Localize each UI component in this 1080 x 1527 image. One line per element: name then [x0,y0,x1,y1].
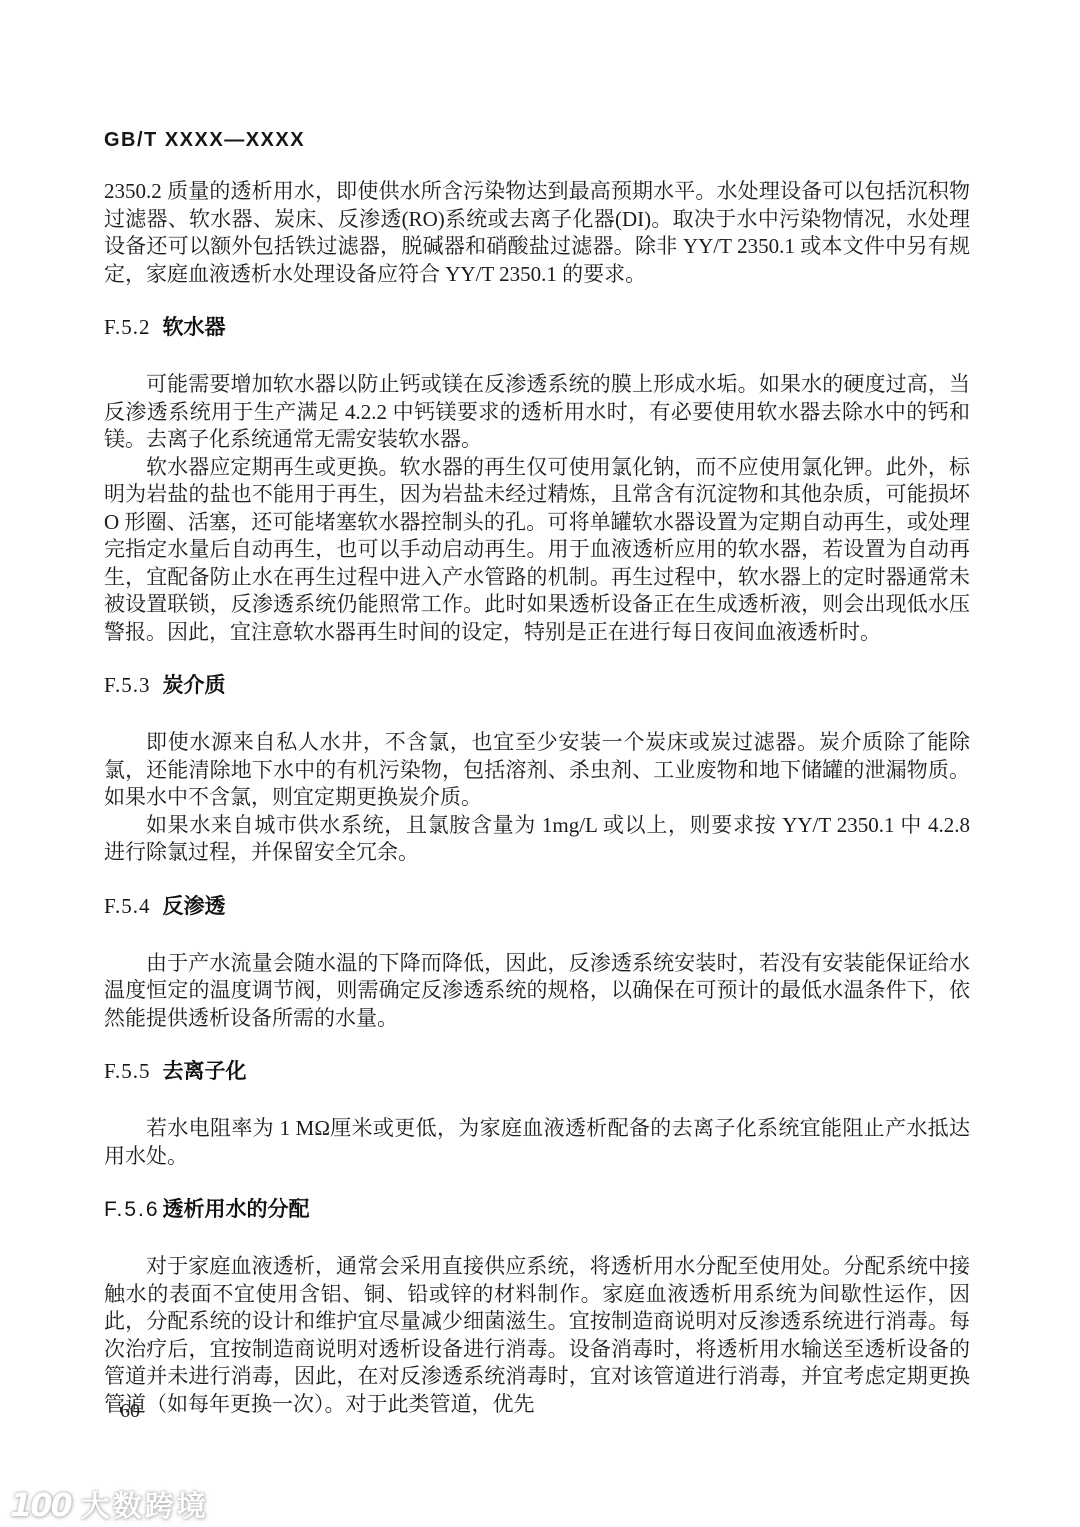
section-title: 软水器 [163,316,226,339]
section-title: 透析用水的分配 [163,1198,310,1221]
doc-code-header: GB/T XXXX—XXXX [104,128,970,152]
section-number: F.5.5 [104,1059,151,1083]
section-number: F.5.4 [104,894,151,918]
watermark: 100 大数跨境 [10,1484,209,1525]
document-page: GB/T XXXX—XXXX 2350.2 质量的透析用水，即使供水所含污染物达… [0,0,1080,1527]
body-paragraph: 即使水源来自私人水井，不含氯，也宜至少安装一个炭床或炭过滤器。炭介质除了能除氯，… [104,729,970,812]
section-number: F.5.6 [104,1198,160,1221]
section-title: 炭介质 [163,674,226,697]
watermark-100-logo-icon: 100 [10,1486,71,1524]
page-content: GB/T XXXX—XXXX 2350.2 质量的透析用水，即使供水所含污染物达… [0,0,1080,1418]
body-paragraph: 由于产水流量会随水温的下降而降低，因此，反渗透系统安装时，若没有安装能保证给水温… [104,950,970,1033]
intro-paragraph: 2350.2 质量的透析用水，即使供水所含污染物达到最高预期水平。水处理设备可以… [104,178,970,288]
section-heading-f5-4: F.5.4反渗透 [104,891,970,922]
section-title: 去离子化 [163,1060,247,1083]
body-paragraph: 若水电阻率为 1 MΩ厘米或更低，为家庭血液透析配备的去离子化系统宜能阻止产水抵… [104,1115,970,1170]
section-number: F.5.2 [104,315,151,339]
body-paragraph: 软水器应定期再生或更换。软水器的再生仅可使用氯化钠，而不应使用氯化钾。此外，标明… [104,454,970,647]
section-title: 反渗透 [163,895,226,918]
watermark-text: 大数跨境 [81,1484,209,1525]
section-number: F.5.3 [104,673,151,697]
section-heading-f5-2: F.5.2软水器 [104,312,970,343]
body-paragraph: 如果水来自城市供水系统，且氯胺含量为 1mg/L 或以上，则要求按 YY/T 2… [104,812,970,867]
section-heading-f5-5: F.5.5去离子化 [104,1056,970,1087]
body-paragraph: 对于家庭血液透析，通常会采用直接供应系统，将透析用水分配至使用处。分配系统中接触… [104,1253,970,1418]
section-heading-f5-6: F.5.6透析用水的分配 [104,1194,970,1225]
page-number: 60 [120,1400,140,1423]
section-heading-f5-3: F.5.3炭介质 [104,670,970,701]
body-paragraph: 可能需要增加软水器以防止钙或镁在反渗透系统的膜上形成水垢。如果水的硬度过高，当反… [104,371,970,454]
